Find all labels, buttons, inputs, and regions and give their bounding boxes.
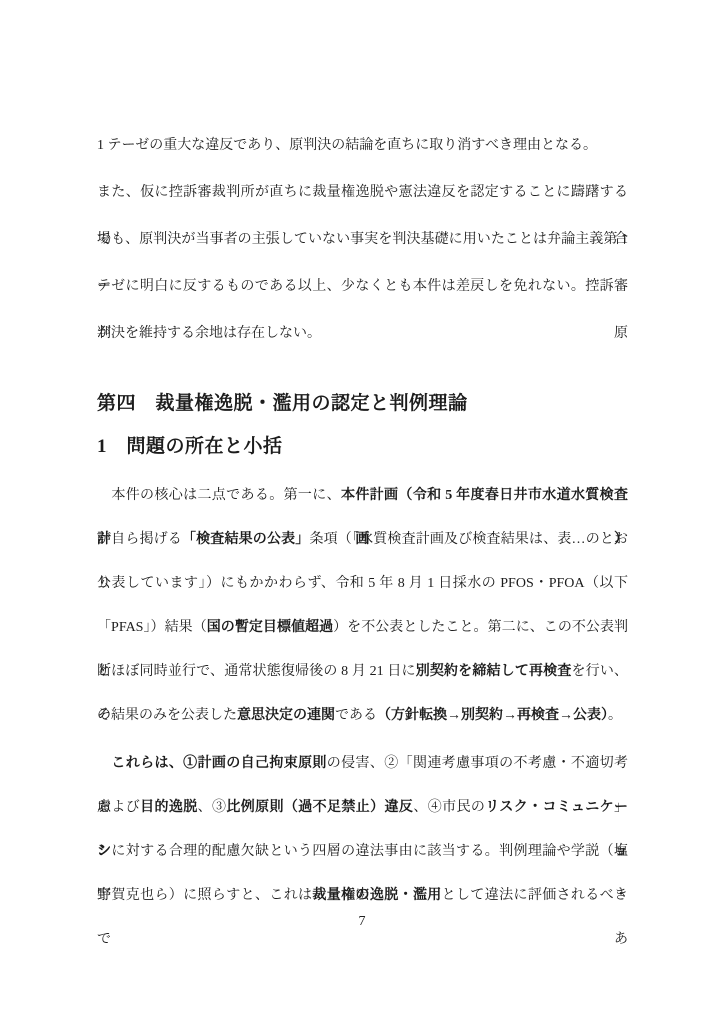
legal-grounds-paragraph: これらは、①計画の自己拘束原則の侵害、②「関連考慮事項の不考慮・不適切考慮」およ… (97, 742, 628, 918)
body-text: 宇賀克也ら）に照らすと、これは (97, 888, 312, 903)
body-text: である (335, 708, 377, 723)
page-number: 7 (0, 914, 724, 930)
body-text: 1 テーゼの重大な違反であり、原判決の結論を直ちに取り消すべき理由となる。 (97, 138, 597, 153)
emphasis-text: これらは、①計画の自己拘束原則 (111, 756, 326, 771)
section-heading: 第四 裁量権逸脱・濫用の認定と判例理論 (97, 390, 628, 417)
emphasis-text: 比例原則（過不足禁止）違反 (226, 800, 413, 815)
text-line: および目的逸脱、③比例原則（過不足禁止）違反、④市民のリスク・コミュニケーショ (97, 786, 628, 830)
text-line: 宇賀克也ら）に照らすと、これは裁量権の逸脱・濫用として違法に評価されるべきであ (97, 874, 628, 918)
intro-paragraph: 1 テーゼの重大な違反であり、原判決の結論を直ちに取り消すべき理由となる。また、… (97, 122, 628, 357)
text-line: 公表しています」）にもかかわらず、令和 5 年 8 月 1 日採水の PFOS・… (97, 562, 628, 606)
core-issues-paragraph: 本件の核心は二点である。第一に、本件計画（令和 5 年度春日井市水道水質検査計画… (97, 474, 628, 738)
text-line: これらは、①計画の自己拘束原則の侵害、②「関連考慮事項の不考慮・不適切考慮」 (97, 742, 628, 786)
text-line: 1 テーゼの重大な違反であり、原判決の結論を直ちに取り消すべき理由となる。 (97, 122, 628, 169)
body-text (97, 756, 111, 771)
emphasis-text: 目的逸脱 (140, 800, 198, 815)
body-text: 判決を維持する余地は存在しない。 (97, 326, 321, 341)
text-line: の結果のみを公表した意思決定の連関である（方針転換→別契約→再検査→公表）。 (97, 694, 628, 738)
text-line: また、仮に控訴審裁判所が直ちに裁量権逸脱や憲法違反を認定することに躊躇する場合 (97, 169, 628, 216)
body-text: が自ら掲げる (97, 532, 182, 547)
text-line: とほぼ同時並行で、通常状態復帰後の 8 月 21 日に別契約を締結して再検査を行… (97, 650, 628, 694)
body-text: 本件の核心は二点である。第一に、 (97, 488, 341, 503)
body-text: の結果のみを公表した (97, 708, 237, 723)
emphasis-text: 裁量権の逸脱・濫用 (312, 888, 441, 903)
body-text: とほぼ同時並行で、通常状態復帰後の 8 月 21 日に (97, 664, 416, 679)
emphasis-text: 別契約を締結して再検査 (416, 664, 572, 679)
emphasis-text: ン (97, 844, 111, 859)
emphasis-text: 国の暫定目標値超過 (207, 620, 333, 635)
body-text: 公表しています」）にもかかわらず、令和 5 年 8 月 1 日採水の PFOS・… (97, 576, 628, 591)
emphasis-text: （方針転換→別契約→再検査→公表） (377, 708, 608, 723)
subsection-heading: 1 問題の所在と小括 (97, 433, 628, 460)
body-text: 「PFAS」）結果（ (97, 620, 207, 635)
body-text: 、④市民の (413, 800, 485, 815)
body-text: 。 (608, 708, 622, 723)
text-line: 本件の核心は二点である。第一に、本件計画（令和 5 年度春日井市水道水質検査計画… (97, 474, 628, 518)
text-line: ンに対する合理的配慮欠缺という四層の違法事由に該当する。判例理論や学説（塩野宏・ (97, 830, 628, 874)
text-line: 「PFAS」）結果（国の暫定目標値超過）を不公表としたこと。第二に、この不公表判… (97, 606, 628, 650)
text-line: が自ら掲げる「検査結果の公表」条項（「水質検査計画及び検査結果は、表…のとおり (97, 518, 628, 562)
emphasis-text: 「検査結果の公表」 (182, 532, 309, 547)
emphasis-text: 意思決定の連関 (237, 708, 335, 723)
body-text: および (97, 800, 140, 815)
document-page: 1 テーゼの重大な違反であり、原判決の結論を直ちに取り消すべき理由となる。また、… (0, 0, 724, 1024)
text-line: ーゼに明白に反するものである以上、少なくとも本件は差戻しを免れない。控訴審が原 (97, 263, 628, 310)
body-text: 、③ (198, 800, 227, 815)
document-content: 1 テーゼの重大な違反であり、原判決の結論を直ちに取り消すべき理由となる。また、… (0, 0, 724, 918)
text-line: でも、原判決が当事者の主張していない事実を判決基礎に用いたことは弁論主義第 1 … (97, 216, 628, 263)
